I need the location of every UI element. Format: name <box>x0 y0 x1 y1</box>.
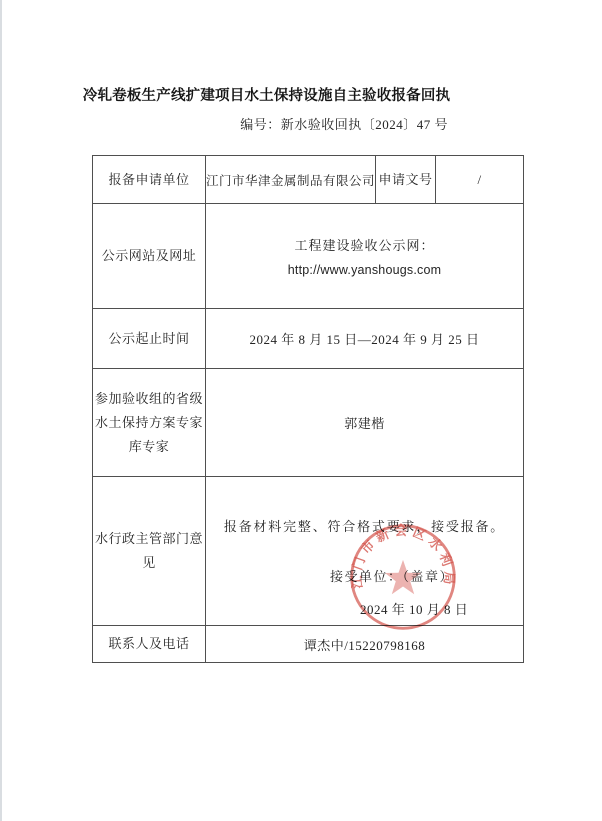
website-label: 公示网站及网址 <box>93 204 206 309</box>
doc-no-label: 申请文号 <box>376 156 436 204</box>
experts-label: 参加验收组的省级水土保持方案专家库专家 <box>93 369 206 477</box>
contact-label: 联系人及电话 <box>93 626 206 663</box>
opinion-statement: 报备材料完整、符合格式要求，接受报备。 <box>206 516 523 535</box>
period-value: 2024 年 8 月 15 日—2024 年 9 月 25 日 <box>206 309 524 369</box>
applicant-value: 江门市华津金属制品有限公司 <box>206 156 376 204</box>
opinion-date: 2024 年 10 月 8 日 <box>206 599 523 618</box>
website-value-cell: 工程建设验收公示网： http://www.yanshougs.com <box>206 204 524 309</box>
experts-value: 郭建楷 <box>206 369 524 477</box>
table-row-contact: 联系人及电话 谭杰中/15220798168 <box>93 626 524 663</box>
scan-edge-artifact <box>0 0 2 821</box>
table-row-publicity-period: 公示起止时间 2024 年 8 月 15 日—2024 年 9 月 25 日 <box>93 309 524 369</box>
applicant-label: 报备申请单位 <box>93 156 206 204</box>
website-url: http://www.yanshougs.com <box>206 263 523 277</box>
table-row-applicant: 报备申请单位 江门市华津金属制品有限公司 申请文号 / <box>93 156 524 204</box>
table-row-authority-opinion: 水行政主管部门意见 报备材料完整、符合格式要求，接受报备。 接受单位：（盖章） … <box>93 477 524 626</box>
scanned-receipt-document: 冷轧卷板生产线扩建项目水土保持设施自主验收报备回执 编号：新水验收回执〔2024… <box>0 0 602 821</box>
table-row-experts: 参加验收组的省级水土保持方案专家库专家 郭建楷 <box>93 369 524 477</box>
opinion-label: 水行政主管部门意见 <box>93 477 206 626</box>
website-site-name: 工程建设验收公示网： <box>206 235 523 254</box>
contact-value: 谭杰中/15220798168 <box>206 626 524 663</box>
document-number: 编号：新水验收回执〔2024〕47 号 <box>240 114 448 133</box>
opinion-accept-unit: 接受单位：（盖章） <box>206 566 523 585</box>
doc-no-value: / <box>436 156 524 204</box>
table-row-website: 公示网站及网址 工程建设验收公示网： http://www.yanshougs.… <box>93 204 524 309</box>
receipt-form-table: 报备申请单位 江门市华津金属制品有限公司 申请文号 / 公示网站及网址 工程建设… <box>92 155 524 663</box>
opinion-value-cell: 报备材料完整、符合格式要求，接受报备。 接受单位：（盖章） 2024 年 10 … <box>206 477 524 626</box>
document-title: 冷轧卷板生产线扩建项目水土保持设施自主验收报备回执 <box>0 84 533 105</box>
period-label: 公示起止时间 <box>93 309 206 369</box>
